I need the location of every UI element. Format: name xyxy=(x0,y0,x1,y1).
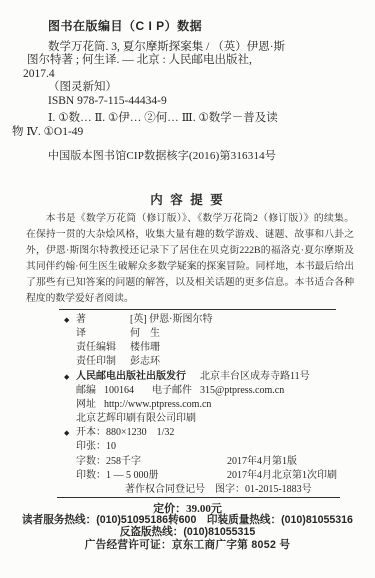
printer-row: 北京艺辉印刷有限公司印刷 xyxy=(64,412,366,426)
copies-row: 印数：1 — 5 000册 2017年4月北京第1次印刷 xyxy=(64,469,366,483)
translator-label: 译 xyxy=(76,327,130,341)
copies-label: 印数： xyxy=(76,470,106,481)
format-value: 880×1230 1/32 xyxy=(106,426,174,440)
website-label: 网址 xyxy=(76,398,96,412)
bottom-rule xyxy=(57,497,340,498)
abstract-title: 内 容 提 要 xyxy=(0,190,375,208)
copies-cell: 印数：1 — 5 000册 xyxy=(76,469,227,483)
impression-date: 2017年4月北京第1次印刷 xyxy=(227,469,337,483)
editor-value: 楼伟珊 xyxy=(130,341,160,355)
website-value: http://www.ptpress.com.cn xyxy=(104,398,211,412)
postcode-value: 100164 xyxy=(104,384,134,398)
copyright-registration: 著作权合同登记号 图字：01-2015-1883号 xyxy=(125,483,312,497)
email-value: 315@ptpress.com.cn xyxy=(200,384,284,398)
author-row: ◆ 著 [英] 伊恩·斯图尔特 xyxy=(64,313,366,327)
wordcount-value: 258千字 xyxy=(106,456,141,467)
postcode-label: 邮编 xyxy=(76,384,96,398)
copyright-page: 图书在版编目（C I P）数据 数学万花筒. 3, 夏尔摩斯探案集 / （英）伊… xyxy=(0,0,375,578)
format-label: 开本： xyxy=(76,426,106,440)
translator-row: 译 何 生 xyxy=(64,327,366,341)
copyright-registration-row: 著作权合同登记号 图字：01-2015-1883号 xyxy=(64,483,366,497)
printer-name: 北京艺辉印刷有限公司印刷 xyxy=(76,412,196,426)
edition-date: 2017年4月第1版 xyxy=(227,455,297,469)
credits-block: ◆ 著 [英] 伊恩·斯图尔特 译 何 生 责任编辑 楼伟珊 责任印制 彭志环 … xyxy=(64,313,366,497)
sheets-value: 10 xyxy=(106,440,116,454)
publisher-name: 人民邮电出版社出版发行 xyxy=(76,370,186,384)
translator-value: 何 生 xyxy=(130,327,160,341)
cip-record-line-2: 图尔特著 ; 何生译. — 北京 : 人民邮电出版社, xyxy=(27,54,363,67)
isbn-line: ISBN 978-7-115-44434-9 xyxy=(48,95,363,108)
author-value: [英] 伊恩·斯图尔特 xyxy=(130,313,213,327)
diamond-bullet-icon: ◆ xyxy=(64,426,76,440)
ad-license-line: 广告经营许可证：京东工商广字第 8052 号 xyxy=(0,537,375,552)
format-row: ◆ 开本： 880×1230 1/32 xyxy=(64,426,366,440)
email-label: 电子邮件 xyxy=(152,384,192,398)
publisher-address: 北京丰台区成寿寺路11号 xyxy=(200,370,310,384)
print-supervisor-label: 责任印制 xyxy=(76,355,130,369)
wordcount-row: 字数：258千字 2017年4月第1版 xyxy=(64,455,366,469)
copies-value: 1 — 5 000册 xyxy=(106,470,159,481)
cip-registry-number: 中国版本图书馆CIP数据核字(2016)第316314号 xyxy=(48,147,276,163)
diamond-bullet-icon: ◆ xyxy=(64,370,76,384)
wordcount-cell: 字数：258千字 xyxy=(76,455,227,469)
series-line: （图灵新知） xyxy=(48,81,363,94)
print-supervisor-value: 彭志环 xyxy=(130,355,160,369)
print-supervisor-row: 责任印制 彭志环 xyxy=(64,355,366,369)
editor-row: 责任编辑 楼伟珊 xyxy=(64,341,366,355)
cip-record: 数学万花筒. 3, 夏尔摩斯探案集 / （英）伊恩·斯 图尔特著 ; 何生译. … xyxy=(12,41,363,108)
classification: Ⅰ. ①数… Ⅱ. ①伊… ②何… Ⅲ. ①数学－普及读 物 Ⅳ. ①O1-49 xyxy=(12,112,363,140)
diamond-bullet-icon: ◆ xyxy=(64,313,76,327)
cip-record-line-1: 数学万花筒. 3, 夏尔摩斯探案集 / （英）伊恩·斯 xyxy=(48,41,363,54)
wordcount-label: 字数： xyxy=(76,456,106,467)
abstract-body: 本书是《数学万花筒（修订版）》、《数学万花筒2（修订版）》的续集。在保持一贯的大… xyxy=(26,211,354,308)
top-rule xyxy=(59,309,336,310)
cip-record-line-3: 2017.4 xyxy=(23,68,363,81)
website-row: 网址 http://www.ptpress.com.cn xyxy=(64,398,366,412)
cip-header: 图书在版编目（C I P）数据 xyxy=(48,17,202,34)
classification-line-1: Ⅰ. ①数… Ⅱ. ①伊… ②何… Ⅲ. ①数学－普及读 xyxy=(48,112,363,126)
postcode-email-row: 邮编 100164 电子邮件 315@ptpress.com.cn xyxy=(64,384,366,398)
sheets-row: 印张： 10 xyxy=(64,440,366,454)
classification-line-2: 物 Ⅳ. ①O1-49 xyxy=(12,126,363,140)
publisher-row: ◆ 人民邮电出版社出版发行 北京丰台区成寿寺路11号 xyxy=(64,370,366,384)
sheets-label: 印张： xyxy=(76,440,106,454)
editor-label: 责任编辑 xyxy=(76,341,130,355)
author-label: 著 xyxy=(76,313,130,327)
